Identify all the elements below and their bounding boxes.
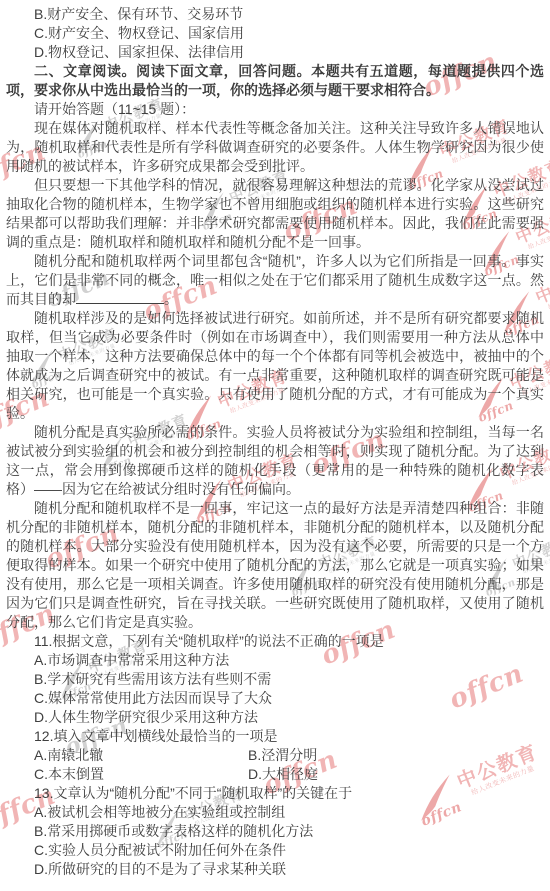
answer-option: B.泾渭分明 (248, 746, 544, 765)
exam-document-page: offcn中公教育给人改变未来的力量offcnoffcn中公教育给人改变未来的力… (0, 0, 550, 891)
answer-option-row: A.南辕北辙B.泾渭分明 (6, 746, 544, 765)
answer-option: D.所做研究的目的不是为了寻求某种关联 (6, 860, 544, 879)
question-stem: 13.文章认为“随机分配”不同于“随机取样”的关键在于 (6, 784, 544, 803)
answer-option: D.人体生物学研究很少采用这种方法 (6, 708, 544, 727)
passage-paragraph: 随机分配是真实验所必需的条件。实验人员将被试分为实验组和控制组，当每一名被试被分… (6, 423, 544, 499)
passage-paragraph: 现在媒体对随机取样、样本代表性等概念备加关注。这种关注导致许多人错误地认为，随机… (6, 119, 544, 176)
answer-option: C.媒体常常使用此方法因而误导了大众 (6, 689, 544, 708)
answer-option: B.财产安全、保有环节、交易环节 (6, 5, 544, 24)
answer-option: B.常采用掷硬币或数字表格这样的随机化方法 (6, 822, 544, 841)
previous-question-options: B.财产安全、保有环节、交易环节C.财产安全、物权登记、国家信用D.物权登记、国… (6, 5, 544, 62)
passage-paragraph: 随机分配和随机取样两个词里都包含“随机”，许多人以为它们所指是一回事。事实上，它… (6, 252, 544, 309)
answer-option: C.财产安全、物权登记、国家信用 (6, 24, 544, 43)
passage-paragraph: 但只要想一下其他学科的情况，就很容易理解这种想法的荒谬。化学家从没尝试过抽取化合… (6, 176, 544, 252)
passage-paragraph: 随机取样涉及的是如何选择被试进行研究。如前所述，并不是所有研究都要求随机取样，但… (6, 309, 544, 423)
answer-option: B.学术研究有些需用该方法有些则不需 (6, 670, 544, 689)
question-stem: 11.根据文意，下列有关“随机取样”的说法不正确的一项是 (6, 632, 544, 651)
answer-option: C.实验人员分配被试不附加任何外在条件 (6, 841, 544, 860)
answer-option: A.市场调查中常常采用这种方法 (6, 651, 544, 670)
answer-option: C.本末倒置 (34, 765, 248, 784)
answer-option-row: C.本末倒置D.大相径庭 (6, 765, 544, 784)
passage-text: 。 (164, 291, 178, 307)
answer-option: D.物权登记、国家担保、法律信用 (6, 43, 544, 62)
document-content: B.财产安全、保有环节、交易环节C.财产安全、物权登记、国家信用D.物权登记、国… (6, 5, 544, 879)
question-list: 11.根据文意，下列有关“随机取样”的说法不正确的一项是A.市场调查中常常采用这… (6, 632, 544, 879)
start-note: 请开始答题（11~15 题）： (6, 100, 544, 119)
section-heading: 二、文章阅读。阅读下面文章，回答问题。本题共有五道题，每道题提供四个选项，要求你… (6, 62, 544, 100)
answer-option: D.大相径庭 (248, 765, 544, 784)
question-stem: 12.填入文章中划横线处最恰当的一项是 (6, 727, 544, 746)
reading-passage: 现在媒体对随机取样、样本代表性等概念备加关注。这种关注导致许多人错误地认为，随机… (6, 119, 544, 632)
answer-option: A.被试机会相等地被分在实验组或控制组 (6, 803, 544, 822)
answer-option: A.南辕北辙 (34, 746, 248, 765)
passage-paragraph: 随机分配和随机取样不是一回事，牢记这一点的最好方法是弄清楚四种组合：非随机分配的… (6, 499, 544, 632)
blank-underline (76, 291, 164, 304)
